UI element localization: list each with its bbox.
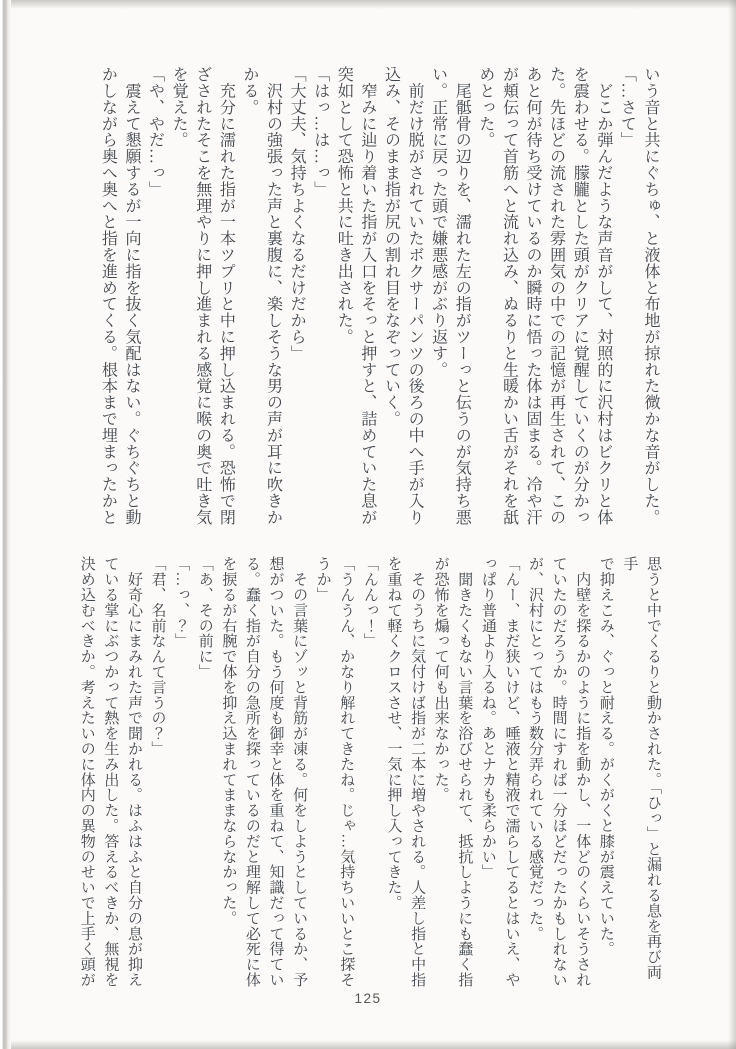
scan-shadow-right [728, 0, 736, 1049]
text-column: 「あ、その前に」 [192, 556, 216, 994]
page-number: 125 [0, 991, 736, 1006]
text-column: そのうちに気付けば指が二本に増やされる。人差し指と中指 [404, 556, 428, 994]
text-column: 震えて懇願するが一向に指を抜く気配はない。ぐちぐちと動 [119, 66, 143, 536]
text-column: 聞きたくもない言葉を浴びせられて、抵抗しようにも蠢く指 [452, 556, 476, 994]
text-column: 思うと中でくるりと動かされた。「ひっ」と漏れる息を再び両手 [617, 556, 664, 994]
text-column: が恐怖を煽って何も出来なかった。 [428, 556, 452, 994]
scanned-page: いう音と共にぐちゅ、と液体と布地が掠れた微かな音がした。「…さて」 どこか弾んだ… [0, 0, 736, 1049]
text-column: ていたのだろうか。時間にすれば一分ほどだったかもしれない [546, 556, 570, 994]
text-column: で抑えこみ、ぐっと耐える。がくがくと膝が震えていた。 [593, 556, 617, 994]
text-column: っぱり普通より入るね。あとナカも柔らかい」 [475, 556, 499, 994]
text-column: 「や、やだ…っ」 [143, 66, 167, 536]
lower-text-block: 思うと中でくるりと動かされた。「ひっ」と漏れる息を再び両手で抑えこみ、ぐっと耐え… [74, 556, 664, 994]
text-column: を重ねて軽くクロスさせ、一気に押し入ってきた。 [381, 556, 405, 994]
text-column: る。蠢く指が自分の急所を探っているのだと理解して必死に体 [239, 556, 263, 994]
text-column: うか」 [310, 556, 334, 994]
text-column: 内壁を探るかのように指を動かし、一体どのくらいそうされ [570, 556, 594, 994]
text-column: 充分に濡れた指が一本ツプリと中に押し込まれる。恐怖で閉 [214, 66, 238, 536]
text-column: どこか弾んだような声音がして、対照的に沢村はビクリと体 [591, 66, 615, 536]
text-column: い。正常に戻った頭で嫌悪感がぶり返す。 [426, 66, 450, 536]
text-column: を震わせる。朦朧とした頭がクリアに覚醒していくのが分かっ [568, 66, 592, 536]
text-column: あと何が待ち受けているのか瞬時に悟った体は固まる。冷や汗 [520, 66, 544, 536]
text-column: 込み、そのまま指が尻の割れ目をなぞっていく。 [379, 66, 403, 536]
text-column: 「…さて」 [615, 66, 639, 536]
text-column: かしながら奥へ奥へと指を進めてくる。根本まで埋まったかと [96, 66, 120, 536]
text-column: 好奇心にまみれた声で聞かれる。はふはふと自分の息が抑え [121, 556, 145, 994]
text-column: 尾骶骨の辺りを、濡れた左の指がツーっと伝うのが気持ち悪 [450, 66, 474, 536]
text-column: 「大丈夫、気持ちよくなるだけだから」 [285, 66, 309, 536]
text-column: めとった。 [473, 66, 497, 536]
text-column: 窄みに辿り着いた指が入口をそっと押すと、詰めていた息が [355, 66, 379, 536]
text-column: ざされたそこを無理やりに押し進まれる感覚に喉の奥で吐き気 [190, 66, 214, 536]
text-column: を捩るが右腕で体を抑え込まれてままならなかった。 [216, 556, 240, 994]
text-column: 前だけ脱がされていたボクサーパンツの後ろの中へ手が入り [402, 66, 426, 536]
text-column: た。先ほどの流された雰囲気の中での記憶が再生されて、この [544, 66, 568, 536]
scan-shadow-top [0, 0, 736, 9]
text-column: 突如として恐怖と共に吐き出された。 [332, 66, 356, 536]
text-column: が、沢村にとってはもう数分弄られている感覚だった。 [522, 556, 546, 994]
text-column: 「君、名前なんて言うの？」 [145, 556, 169, 994]
upper-text-block: いう音と共にぐちゅ、と液体と布地が掠れた微かな音がした。「…さて」 どこか弾んだ… [96, 66, 662, 536]
text-column: かる。 [237, 66, 261, 536]
text-column: 想がついた。もう何度も御幸と体を重ねて、知識だって得てい [263, 556, 287, 994]
text-column: 「うんうん、かなり解れてきたね。じゃ…気持ちいいとこ探そ [334, 556, 358, 994]
scan-shadow-bottom [0, 1040, 736, 1049]
text-column: いう音と共にぐちゅ、と液体と布地が掠れた微かな音がした。 [638, 66, 662, 536]
text-column: 「んんっ！」 [357, 556, 381, 994]
text-column: 沢村の強張った声と裏腹に、楽しそうな男の声が耳に吹きか [261, 66, 285, 536]
scan-edge-left [0, 0, 11, 1049]
text-column: を覚えた。 [167, 66, 191, 536]
text-column: 「…っ、？」 [169, 556, 193, 994]
text-column: ている掌にぶつかって熱を生み出した。答えるべきか、無視を [98, 556, 122, 994]
text-column: が頬伝って首筋へと流れ込み、ぬるりと生暖かい舌がそれを舐 [497, 66, 521, 536]
text-column: その言葉にゾッと背筋が凍る。何をしようとしているか、予 [287, 556, 311, 994]
text-column: 「はっ…は…っ」 [308, 66, 332, 536]
text-column: 「んー、まだ狭いけど、唾液と精液で濡らしてるとはいえ、や [499, 556, 523, 994]
text-column: 決め込むべきか。考えたいのに体内の異物のせいで上手く頭が [74, 556, 98, 994]
